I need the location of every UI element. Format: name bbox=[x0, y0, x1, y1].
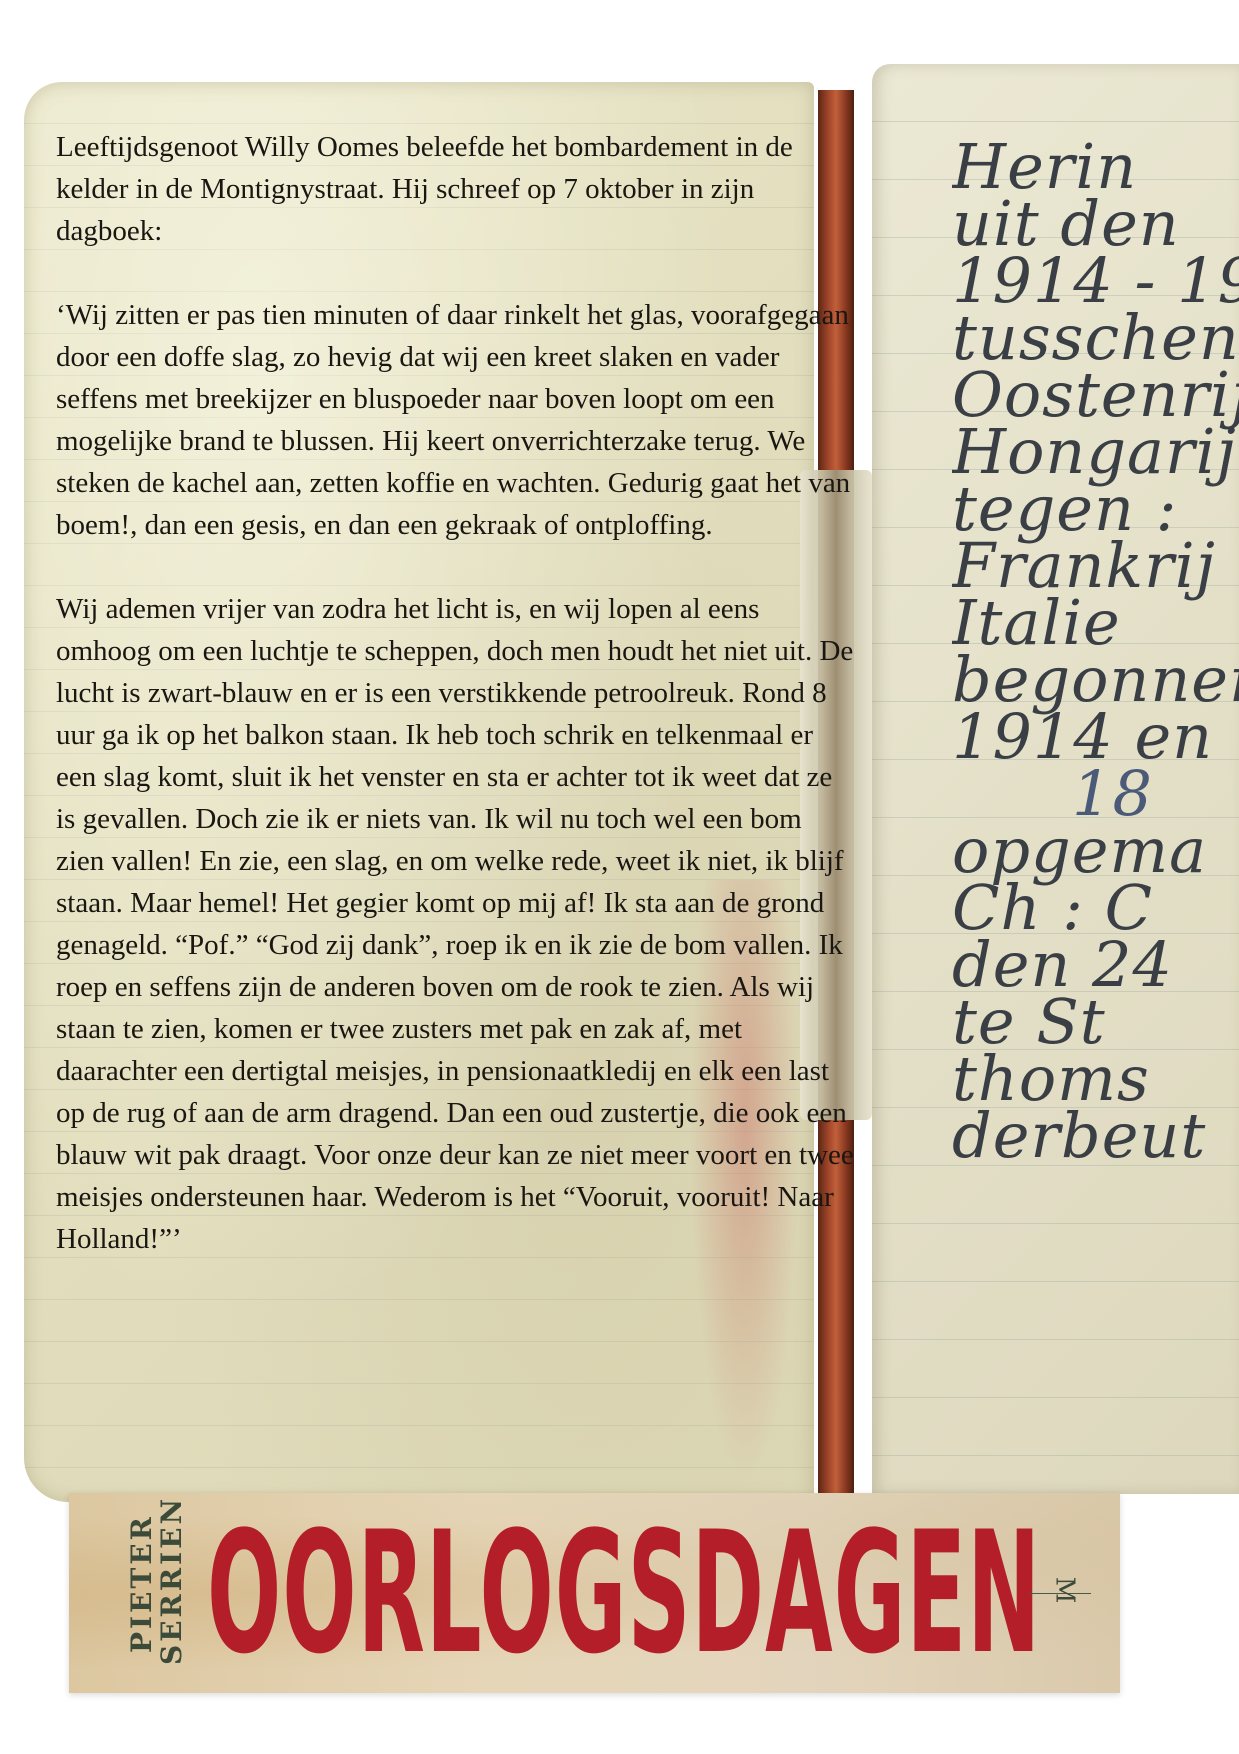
paragraph-gap bbox=[56, 546, 856, 588]
publisher-mark-icon: M bbox=[1049, 1577, 1079, 1604]
author-name: PIETER SERRIEN bbox=[121, 1521, 181, 1661]
book-banner: PIETER SERRIEN OORLOGSDAGEN M bbox=[69, 1493, 1120, 1693]
quote-paragraph-2: Wij ademen vrijer van zodra het licht is… bbox=[56, 588, 856, 1260]
intro-paragraph: Leeftijdsgenoot Willy Oomes beleefde het… bbox=[56, 126, 856, 252]
excerpt-text: Leeftijdsgenoot Willy Oomes beleefde het… bbox=[56, 126, 856, 1260]
book-title: OORLOGSDAGEN bbox=[207, 1523, 1041, 1663]
author-first-name: PIETER bbox=[125, 1514, 158, 1653]
quote-paragraph-1: ‘Wij zitten er pas tien minuten of daar … bbox=[56, 294, 856, 546]
handwritten-text: Herin uit den 1914 - 19 tusschen Oostenr… bbox=[952, 138, 1239, 1164]
handwritten-line: derbeut bbox=[952, 1107, 1239, 1164]
paragraph-gap bbox=[56, 252, 856, 294]
author-last-name: SERRIEN bbox=[155, 1496, 188, 1665]
publisher-logo: M bbox=[1029, 1573, 1091, 1613]
